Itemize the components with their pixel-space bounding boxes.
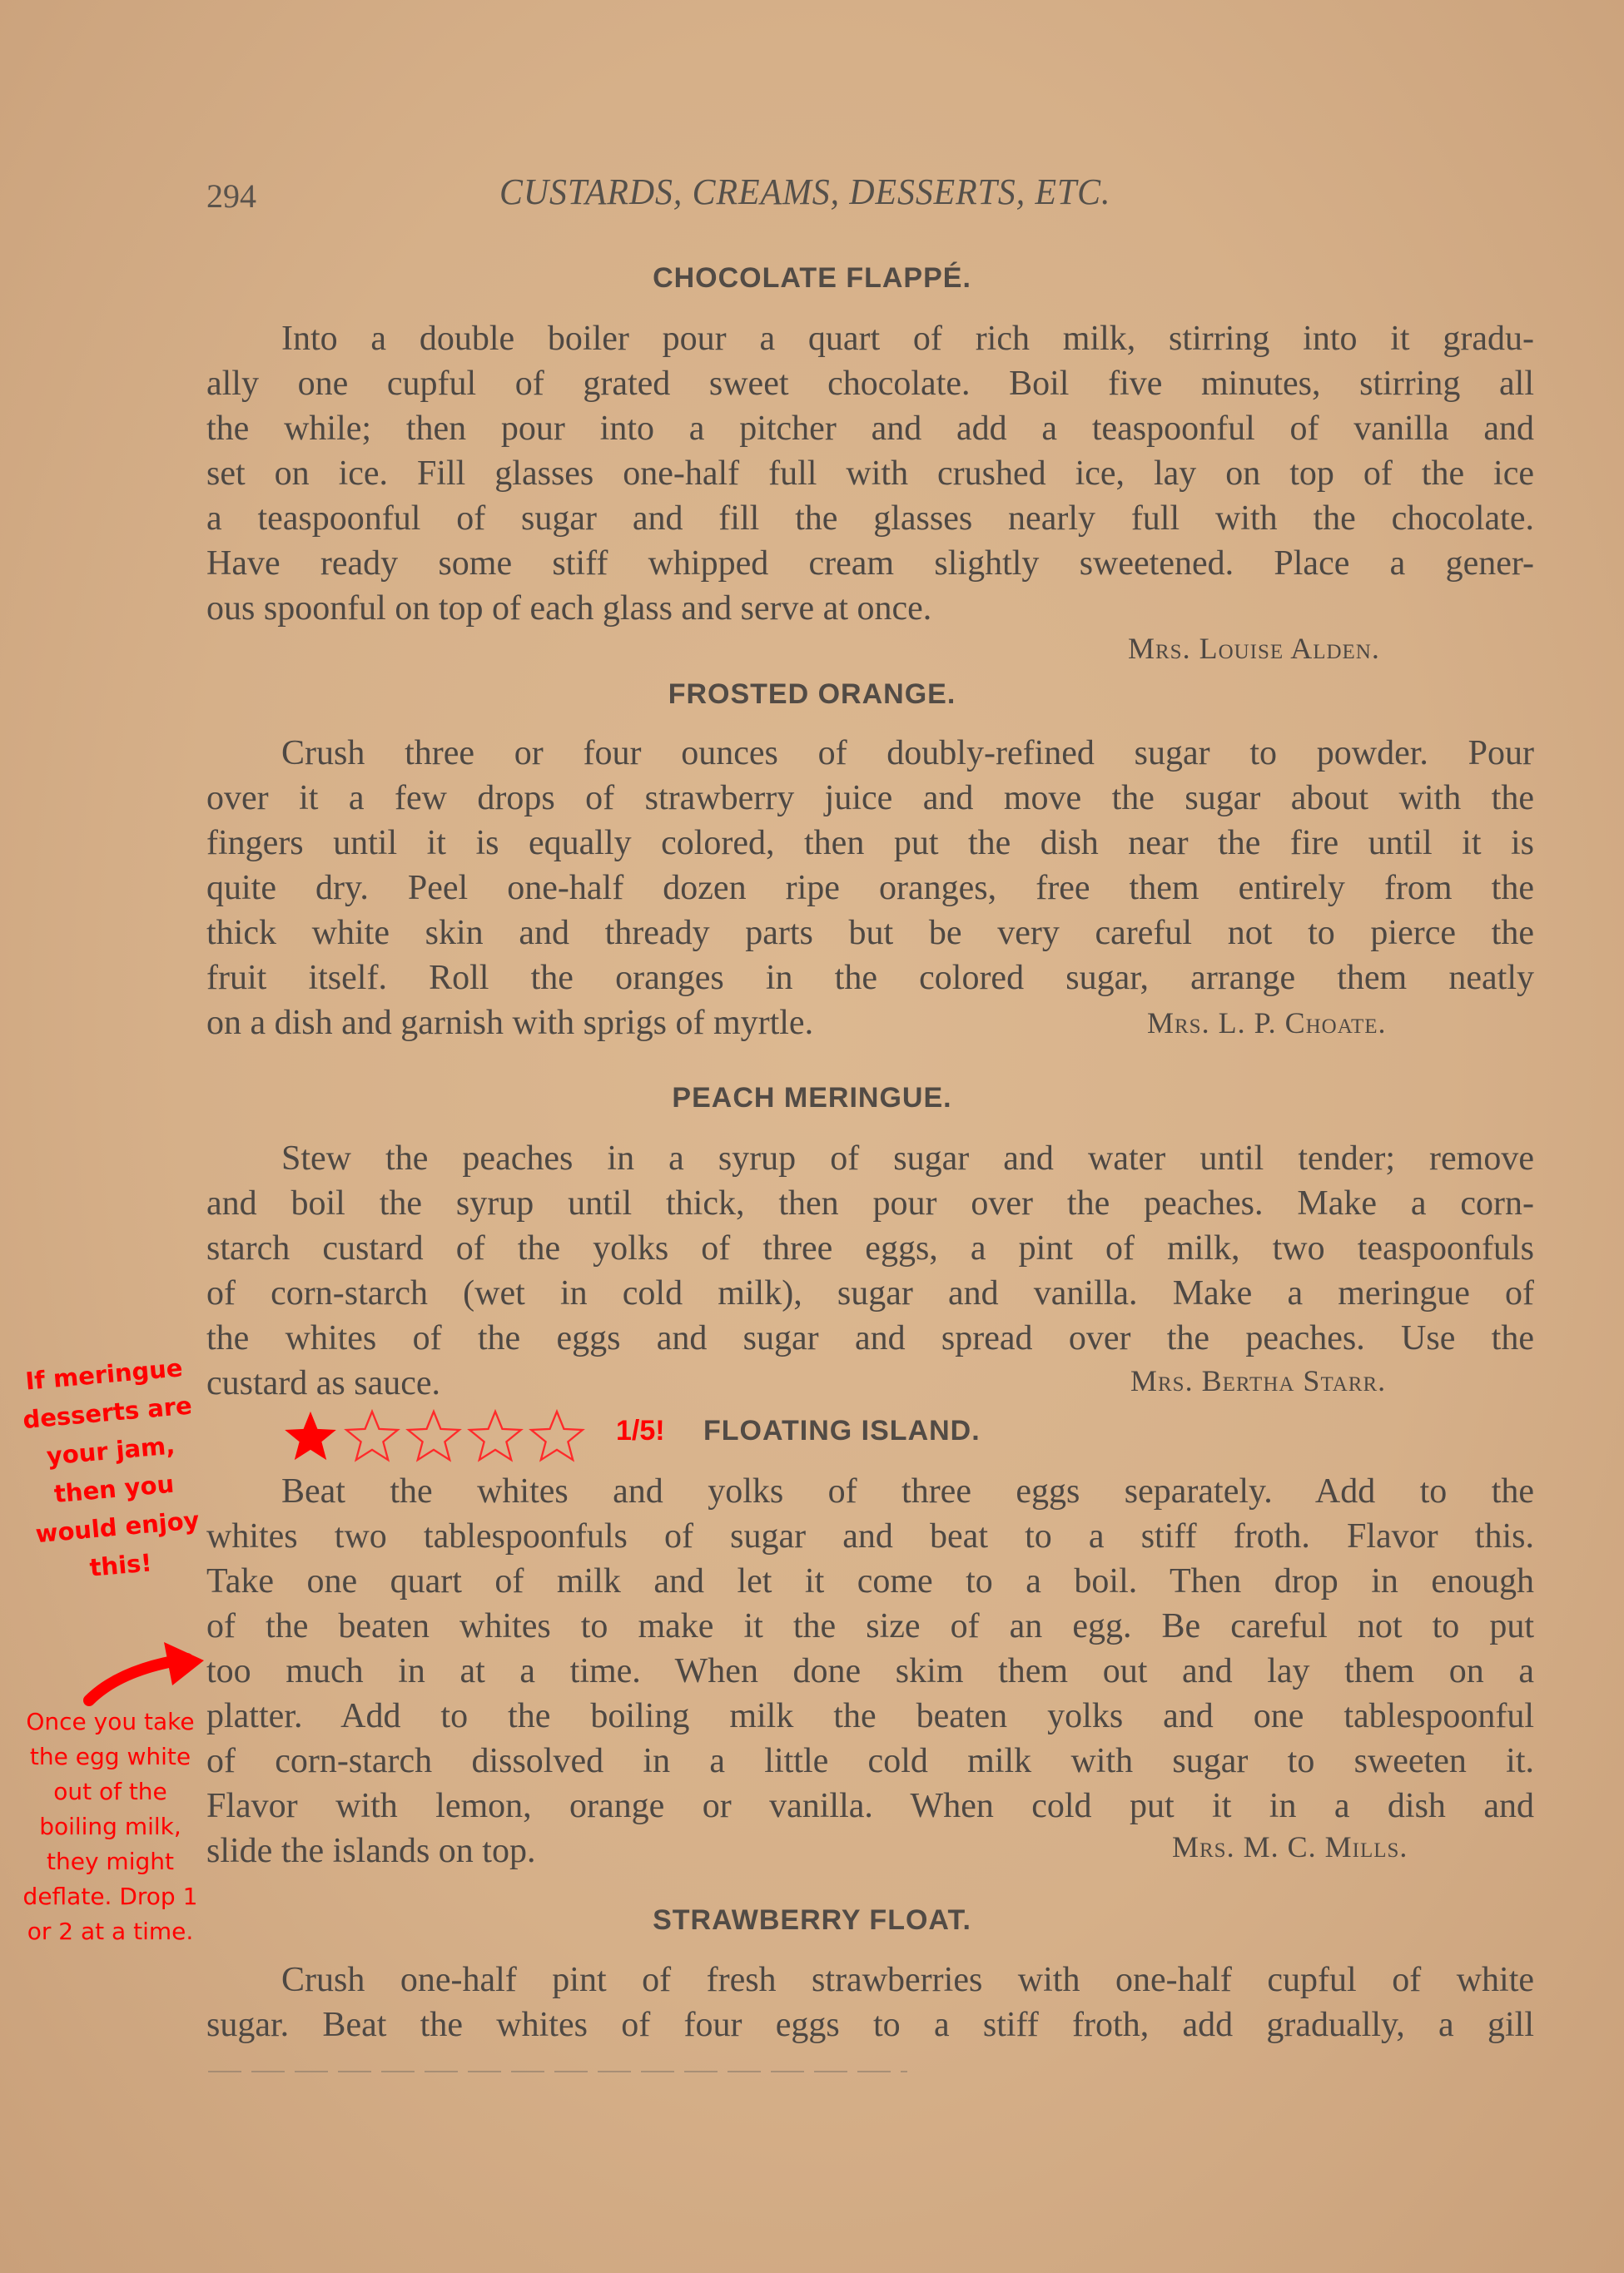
body-line: of corn-starch dissolved in a little col… bbox=[206, 1739, 1534, 1784]
body-line: sugar. Beat the whites of four eggs to a… bbox=[206, 2003, 1534, 2047]
body-line: quite dry. Peel one-half dozen ripe oran… bbox=[206, 866, 1534, 911]
body-line: Crush one-half pint of fresh strawberrie… bbox=[206, 1958, 1534, 2003]
body-line: and boil the syrup until thick, then pou… bbox=[206, 1181, 1534, 1226]
recipe-body: Beat the whites and yolks of three eggs … bbox=[206, 1469, 1534, 1873]
body-line: thick white skin and thready parts but b… bbox=[206, 911, 1534, 955]
body-line: Stew the peaches in a syrup of sugar and… bbox=[206, 1136, 1534, 1181]
recipe-body: Crush three or four ounces of doubly-ref… bbox=[206, 731, 1534, 1045]
recipe-title: PEACH MERINGUE. bbox=[0, 1082, 1624, 1114]
annotation-line: deflate. Drop 1 bbox=[8, 1879, 212, 1914]
star-empty-icon bbox=[405, 1409, 463, 1462]
annotation-line: Once you take bbox=[8, 1705, 212, 1739]
recipe-author: Mrs. L. P. Choate. bbox=[1147, 1005, 1387, 1040]
body-line: ally one cupful of grated sweet chocolat… bbox=[206, 361, 1534, 406]
running-title: CUSTARDS, CREAMS, DESSERTS, ETC. bbox=[499, 171, 1110, 213]
body-line: Flavor with lemon, orange or vanilla. Wh… bbox=[206, 1784, 1534, 1829]
recipe-title: STRAWBERRY FLOAT. bbox=[0, 1904, 1624, 1937]
body-line: a teaspoonful of sugar and fill the glas… bbox=[206, 496, 1534, 541]
recipe-author: Mrs. M. C. Mills. bbox=[1172, 1829, 1408, 1864]
body-line: of corn-starch (wet in cold milk), sugar… bbox=[206, 1271, 1534, 1316]
body-line: too much in at a time. When done skim th… bbox=[206, 1649, 1534, 1694]
body-line: the whites of the eggs and sugar and spr… bbox=[206, 1316, 1534, 1361]
recipe-title: FLOATING ISLAND. bbox=[703, 1415, 981, 1447]
body-line: Into a double boiler pour a quart of ric… bbox=[206, 316, 1534, 361]
recipe-title: FROSTED ORANGE. bbox=[0, 678, 1624, 711]
annotation-line: out of the bbox=[8, 1774, 212, 1809]
arrow-icon bbox=[79, 1635, 212, 1710]
recipe-body: Into a double boiler pour a quart of ric… bbox=[206, 316, 1534, 631]
annotation-line: boiling milk, bbox=[8, 1809, 212, 1844]
page-number: 294 bbox=[206, 176, 256, 216]
body-line: Take one quart of milk and let it come t… bbox=[206, 1559, 1534, 1604]
star-rating bbox=[281, 1409, 586, 1462]
annotation-line: the egg white bbox=[8, 1739, 212, 1774]
body-line: fingers until it is equally colored, the… bbox=[206, 821, 1534, 866]
body-line: ous spoonful on top of each glass and se… bbox=[206, 586, 1534, 631]
body-line: fruit itself. Roll the oranges in the co… bbox=[206, 955, 1534, 1000]
body-line: platter. Add to the boiling milk the bea… bbox=[206, 1694, 1534, 1739]
body-line: Have ready some stiff whipped cream slig… bbox=[206, 541, 1534, 586]
recipe-title: CHOCOLATE FLAPPÉ. bbox=[0, 262, 1624, 295]
star-empty-icon bbox=[343, 1409, 401, 1462]
body-line: over it a few drops of strawberry juice … bbox=[206, 776, 1534, 821]
star-empty-icon bbox=[528, 1409, 586, 1462]
body-line: whites two tablespoonfuls of sugar and b… bbox=[206, 1514, 1534, 1559]
rating-label: 1/5! bbox=[616, 1415, 665, 1447]
page-bottom-rule bbox=[208, 2071, 907, 2072]
body-line: set on ice. Fill glasses one-half full w… bbox=[206, 451, 1534, 496]
star-filled-icon bbox=[281, 1409, 340, 1462]
body-line: of the beaten whites to make it the size… bbox=[206, 1604, 1534, 1649]
recipe-body: Crush one-half pint of fresh strawberrie… bbox=[206, 1958, 1534, 2047]
recipe-author: Mrs. Louise Alden. bbox=[1128, 631, 1380, 666]
recipe-author: Mrs. Bertha Starr. bbox=[1130, 1363, 1386, 1398]
meringue-annotation: If meringue desserts are your jam, then … bbox=[0, 1347, 226, 1594]
star-empty-icon bbox=[466, 1409, 524, 1462]
body-line: starch custard of the yolks of three egg… bbox=[206, 1226, 1534, 1271]
annotation-line: or 2 at a time. bbox=[8, 1914, 212, 1949]
egg-white-annotation: Once you take the egg white out of the b… bbox=[8, 1705, 212, 1949]
body-line: Crush three or four ounces of doubly-ref… bbox=[206, 731, 1534, 776]
annotation-line: they might bbox=[8, 1844, 212, 1879]
body-line: Beat the whites and yolks of three eggs … bbox=[206, 1469, 1534, 1514]
body-line: the while; then pour into a pitcher and … bbox=[206, 406, 1534, 451]
